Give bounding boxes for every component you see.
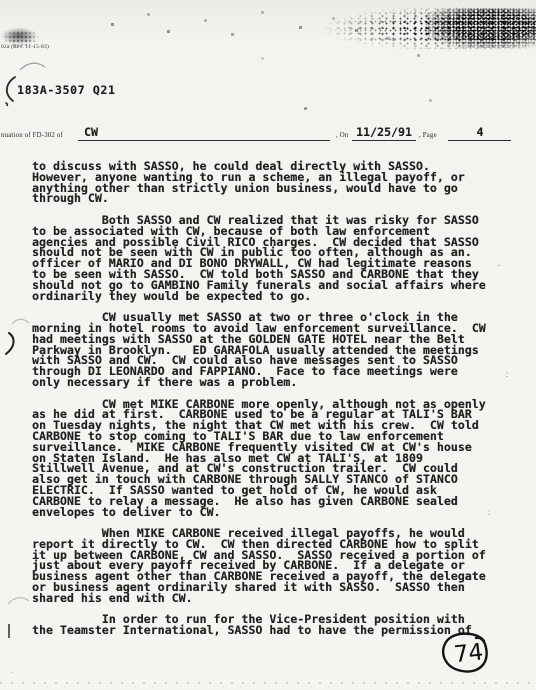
continuation-subject: CW <box>84 125 98 139</box>
paragraph: When MIKE CARBONE received illegal payof… <box>32 528 522 604</box>
subject-underline <box>78 140 330 141</box>
stray-mark: : <box>506 370 508 379</box>
page-underline <box>448 140 511 141</box>
document-page: 02a (Rev. 11-15-83) 183A-3507 Q21 nuatio… <box>0 0 536 690</box>
stray-mark: ʼ <box>498 264 500 273</box>
circled-page-number: 74 <box>438 629 496 681</box>
stray-mark: · <box>11 668 14 677</box>
scan-dotted-line <box>0 682 536 684</box>
scan-noise-blob <box>425 8 536 48</box>
pen-mark-left-bottom <box>6 592 32 642</box>
document-body: to discuss with SASSO, he could deal dir… <box>32 161 522 647</box>
pen-mark-left-middle <box>2 314 34 360</box>
circled-page-number-text: 74 <box>453 639 485 668</box>
interview-date: 11/25/91 <box>352 125 416 139</box>
page-number: 4 <box>449 125 511 139</box>
form-revision-label: 02a (Rev. 11-15-83) <box>1 44 49 50</box>
page-label: , Page <box>419 132 437 139</box>
paragraph: Both SASSO and CW realized that it was r… <box>32 215 522 301</box>
file-number: 183A-3507 Q21 <box>17 83 116 97</box>
paragraph: CW met MIKE CARBONE more openly, althoug… <box>32 399 522 518</box>
date-underline <box>352 140 416 141</box>
paragraph: CW usually met SASSO at two or three o'c… <box>32 312 522 388</box>
stray-mark: : <box>488 508 490 517</box>
paragraph: to discuss with SASSO, he could deal dir… <box>32 161 522 204</box>
scan-dots <box>0 0 1 1</box>
pen-mark-top-left <box>2 56 54 106</box>
continuation-label: nuation of FD-302 of <box>1 132 63 139</box>
on-label: , On <box>336 132 349 139</box>
